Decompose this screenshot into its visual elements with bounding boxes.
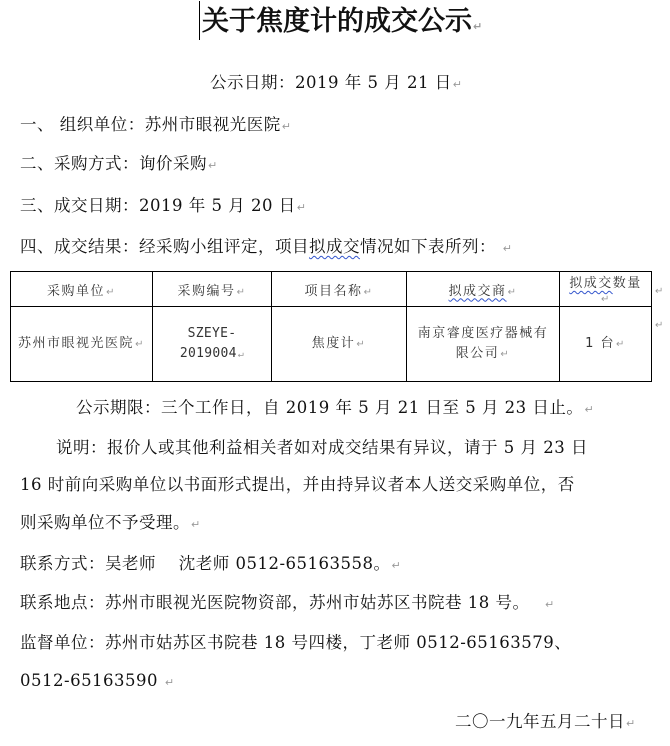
paragraph-mark-icon: ↵ [297,201,307,214]
supervision-text: 监督单位：苏州市姑苏区书院巷 18 号四楼，丁老师 0512-65163579、 [20,633,571,652]
header-purchasing-unit: 采购单位↵ [11,272,153,307]
table-row: 苏州市眼视光医院↵ SZEYE-2019004↵ 焦度计↵ 南京睿度医疗器械有限… [11,307,652,382]
section-label: 一、 组织单位： [20,115,145,134]
section-procurement-method: 二、采购方式：询价采购↵ [20,153,218,177]
cell-supplier: 南京睿度医疗器械有限公司↵ [407,307,560,382]
paragraph-mark-icon: ↵ [191,518,201,531]
section-label: 二、采购方式： [20,154,139,173]
section-organizer: 一、 组织单位：苏州市眼视光医院↵ [20,114,291,138]
header-text: 采购编号 [178,284,236,299]
contact-address: 联系地点：苏州市眼视光医院物资部，苏州市姑苏区书院巷 18 号。 ↵ [20,592,555,616]
cell-item-name: 焦度计↵ [272,307,407,382]
contact-address-text: 联系地点：苏州市眼视光医院物资部，苏州市姑苏区书院巷 18 号。 [20,593,521,612]
cell-mark-icon: ↵ [500,349,510,360]
publish-date-text: 公示日期：2019 年 5 月 21 日 [210,73,452,92]
spellcheck-underlined-text: 拟成交 [309,237,360,256]
paragraph-mark-icon: ↵ [453,78,463,91]
cell-text: 苏州市眼视光医院 [18,336,134,351]
contact-method-text: 联系方式：吴老师 沈老师 0512-65163558。 [20,554,391,573]
cell-quantity: 1 台↵ [560,307,652,382]
cell-text: 南京睿度医疗器械有 [418,326,549,341]
paragraph-mark-icon: ↵ [392,559,402,572]
note-text: 16 时前向采购单位以书面形式提出，并由持异议者本人送交采购单位，否 [20,475,575,494]
contact-method: 联系方式：吴老师 沈老师 0512-65163558。↵ [20,553,401,577]
header-item-name: 项目名称↵ [272,272,407,307]
cell-mark-icon: ↵ [106,287,116,298]
signature-date-text: 二〇一九年五月二十日 [455,712,625,731]
cell-text: 限公司 [456,346,500,361]
section-label: 三、成交日期： [20,196,139,215]
paragraph-mark-icon: ↵ [626,717,636,730]
header-text: 数量 [613,276,642,291]
table-header-row: 采购单位↵ 采购编号↵ 项目名称↵ 拟成交商↵ 拟成交数量↵ [11,272,652,307]
cell-mark-icon: ↵ [237,287,247,298]
period-text: 公示期限：三个工作日，自 2019 年 5 月 21 日至 5 月 23 日止。 [76,398,583,417]
paragraph-mark-icon: ↵ [503,242,513,255]
cell-mark-icon: ↵ [238,349,244,360]
cell-text: 1 台 [585,336,615,351]
text-cursor [199,1,200,40]
paragraph-mark-icon: ↵ [208,159,218,172]
cell-mark-icon: ↵ [508,287,518,298]
supervision-line-2: 0512-65163590 ↵ [20,670,175,694]
note-line-3: 则采购单位不予受理。↵ [20,512,201,536]
header-text: 项目名称 [305,284,363,299]
paragraph-mark-icon: ↵ [282,120,292,133]
header-text: 采购单位 [47,284,105,299]
row-end-mark-icon: ↵ [655,286,663,297]
paragraph-mark-icon: ↵ [165,676,175,689]
cell-purchasing-unit: 苏州市眼视光医院↵ [11,307,153,382]
note-line-1: 说明：报价人或其他利益相关者如对成交结果有异议，请于 5 月 23 日 [56,437,588,459]
supervision-line-1: 监督单位：苏州市姑苏区书院巷 18 号四楼，丁老师 0512-65163579、 [20,632,571,654]
section-deal-result: 四、成交结果：经采购小组评定，项目拟成交情况如下表所列： ↵ [20,236,512,260]
section-value: 询价采购 [139,154,207,173]
note-text: 说明：报价人或其他利益相关者如对成交结果有异议，请于 5 月 23 日 [56,438,588,457]
section-deal-date: 三、成交日期：2019 年 5 月 20 日↵ [20,195,306,219]
section-value: 苏州市眼视光医院 [145,115,281,134]
cell-mark-icon: ↵ [364,287,374,298]
section-value: 经采购小组评定，项目 [139,237,309,256]
publicity-period: 公示期限：三个工作日，自 2019 年 5 月 21 日至 5 月 23 日止。… [76,397,594,421]
signature-date: 二〇一九年五月二十日↵ [455,711,636,735]
header-procurement-code: 采购编号↵ [153,272,272,307]
section-value: 情况如下表所列： [360,237,496,256]
header-proposed-quantity: 拟成交数量↵ [560,272,652,307]
section-value: 2019 年 5 月 20 日 [139,196,296,215]
header-proposed-supplier: 拟成交商↵ [407,272,560,307]
cell-procurement-code: SZEYE-2019004↵ [153,307,272,382]
note-line-2: 16 时前向采购单位以书面形式提出，并由持异议者本人送交采购单位，否 [20,474,575,496]
paragraph-mark-icon: ↵ [584,403,594,416]
cell-mark-icon: ↵ [356,339,366,350]
header-text: 拟成交商 [449,284,507,299]
deal-result-table: 采购单位↵ 采购编号↵ 项目名称↵ 拟成交商↵ 拟成交数量↵ 苏州市眼视光医院↵… [10,271,652,382]
paragraph-mark-icon: ↵ [545,598,555,611]
header-text: 拟成交 [569,276,613,291]
document-title: 关于焦度计的成交公示↵ [202,5,482,44]
cell-text: 焦度计 [312,336,356,351]
publish-date: 公示日期：2019 年 5 月 21 日↵ [210,72,462,96]
note-text: 则采购单位不予受理。 [20,513,190,532]
cell-mark-icon: ↵ [135,339,145,350]
title-text: 关于焦度计的成交公示 [202,6,472,37]
section-label: 四、成交结果： [20,237,139,256]
paragraph-mark-icon: ↵ [473,20,482,33]
cell-text: SZEYE-2019004 [180,326,237,361]
cell-mark-icon: ↵ [601,294,611,305]
cell-mark-icon: ↵ [616,339,626,350]
supervision-text: 0512-65163590 [20,671,158,690]
row-end-mark-icon: ↵ [655,320,663,331]
